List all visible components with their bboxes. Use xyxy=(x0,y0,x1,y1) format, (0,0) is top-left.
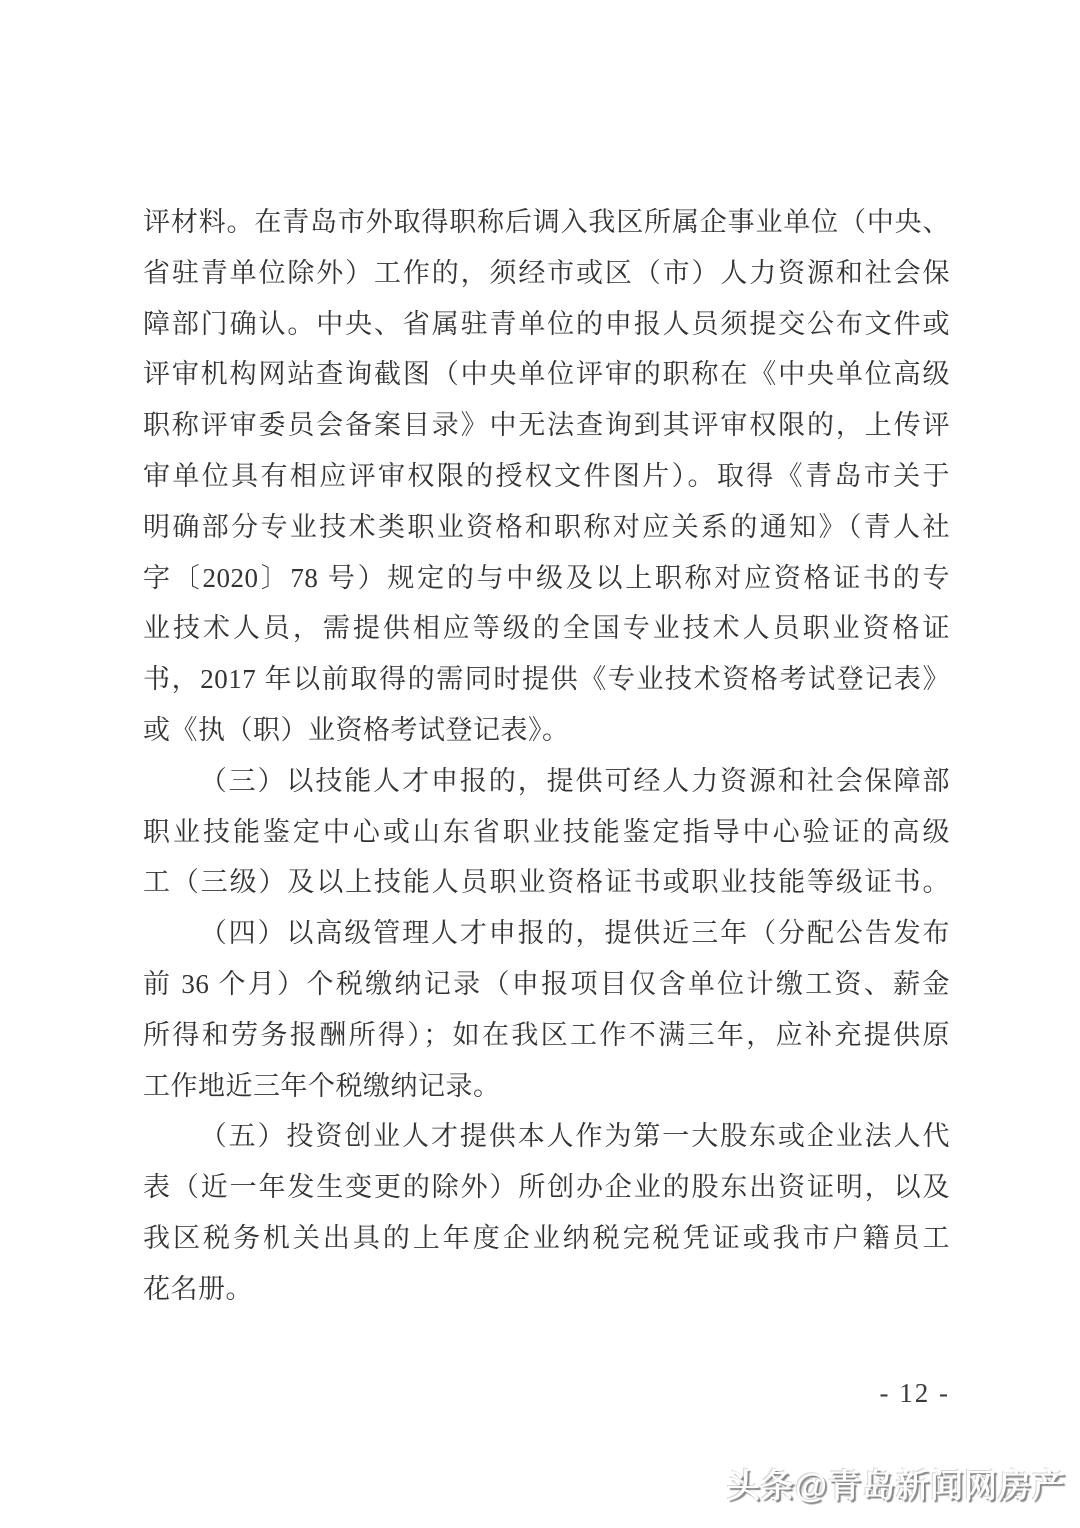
watermark: 头条@青岛新闻网房产 xyxy=(727,1460,1066,1507)
text-line: 表（近一年发生变更的除外）所创办企业的股东出资证明，以及 xyxy=(143,1162,950,1213)
text-line: 书，2017 年以前取得的需同时提供《专业技术资格考试登记表》 xyxy=(143,654,950,705)
text-line: 我区税务机关出具的上年度企业纳税完税凭证或我市户籍员工 xyxy=(143,1213,950,1264)
text-line: 工（三级）及以上技能人员职业资格证书或职业技能等级证书。 xyxy=(143,857,950,908)
text-line: 字〔2020〕78 号）规定的与中级及以上职称对应资格证书的专 xyxy=(143,553,950,604)
text-line: 前 36 个月）个税缴纳记录（申报项目仅含单位计缴工资、薪金 xyxy=(143,959,950,1010)
text-line: 障部门确认。中央、省属驻青单位的申报人员须提交公布文件或 xyxy=(143,299,950,350)
document-page: 评材料。在青岛市外取得职称后调入我区所属企事业单位（中央、 省驻青单位除外）工作… xyxy=(0,0,1080,1528)
text-line: 所得和劳务报酬所得）；如在我区工作不满三年，应补充提供原 xyxy=(143,1010,950,1061)
text-line: 工作地近三年个税缴纳记录。 xyxy=(143,1061,950,1112)
text-line: 明确部分专业技术类职业资格和职称对应关系的通知》（青人社 xyxy=(143,502,950,553)
text-line: 省驻青单位除外）工作的，须经市或区（市）人力资源和社会保 xyxy=(143,248,950,299)
text-line: 花名册。 xyxy=(143,1264,950,1315)
text-line: 或《执（职）业资格考试登记表》。 xyxy=(143,705,950,756)
document-body: 评材料。在青岛市外取得职称后调入我区所属企事业单位（中央、 省驻青单位除外）工作… xyxy=(143,197,950,1315)
text-line: （三）以技能人才申报的，提供可经人力资源和社会保障部 xyxy=(143,756,950,807)
text-line: （五）投资创业人才提供本人作为第一大股东或企业法人代 xyxy=(143,1111,950,1162)
text-line: （四）以高级管理人才申报的，提供近三年（分配公告发布 xyxy=(143,908,950,959)
text-line: 业技术人员，需提供相应等级的全国专业技术人员职业资格证 xyxy=(143,603,950,654)
text-line: 审单位具有相应评审权限的授权文件图片）。取得《青岛市关于 xyxy=(143,451,950,502)
text-line: 评材料。在青岛市外取得职称后调入我区所属企事业单位（中央、 xyxy=(143,197,950,248)
text-line: 职业技能鉴定中心或山东省职业技能鉴定指导中心验证的高级 xyxy=(143,807,950,858)
page-number: - 12 - xyxy=(880,1378,950,1409)
text-line: 职称评审委员会备案目录》中无法查询到其评审权限的，上传评 xyxy=(143,400,950,451)
text-line: 评审机构网站查询截图（中央单位评审的职称在《中央单位高级 xyxy=(143,349,950,400)
